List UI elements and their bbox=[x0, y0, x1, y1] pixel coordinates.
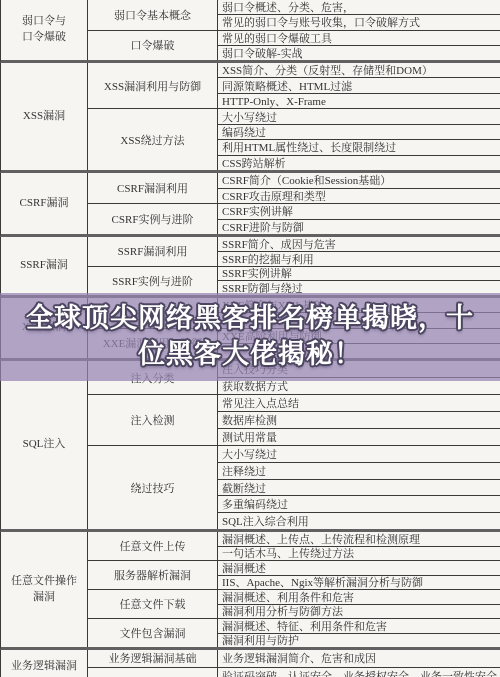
detail-row: CSRF进阶与防御 bbox=[218, 220, 500, 235]
category-group: 任意文件操作漏洞任意文件上传漏洞概述、上传点、上传流程和检测原理一句话木马、上传… bbox=[0, 532, 500, 650]
topic-row-group: XSS绕过方法大小写绕过编码绕过利用HTML属性绕过、长度限制绕过CSS跨站解析 bbox=[88, 109, 500, 170]
category-group: SSRF漏洞SSRF漏洞利用SSRF简介、成因与危害SSRF的挖掘与利用SSRF… bbox=[0, 237, 500, 298]
topic-section: 弱口令基本概念弱口令概述、分类、危害，常见的弱口令与账号收集，口令破解方式口令爆… bbox=[88, 0, 500, 60]
detail-rows: 验证码突破、认证安全、业务授权安全、业务一致性安全 bbox=[218, 668, 500, 677]
category-group: XSS漏洞XSS漏洞利用与防御XSS简介、分类（反射型、存储型和DOM）同源策略… bbox=[0, 63, 500, 173]
topic-row-group: 绕过技巧大小写绕过注释绕过截断绕过多重编码绕过SQL注入综合利用 bbox=[88, 446, 500, 529]
detail-rows: 大小写绕过注释绕过截断绕过多重编码绕过SQL注入综合利用 bbox=[218, 446, 500, 529]
detail-rows: 漏洞概述IIS、Apache、Ngix等解析漏洞分析与防御 bbox=[218, 561, 500, 589]
detail-row: CSRF攻击原理和类型 bbox=[218, 189, 500, 204]
topic-label: 任意文件下载 bbox=[88, 590, 218, 618]
detail-rows: 常见注入点总结数据库检测测试用常量 bbox=[218, 395, 500, 445]
category-label-line: SSRF漏洞 bbox=[20, 258, 68, 274]
detail-rows: 大小写绕过编码绕过利用HTML属性绕过、长度限制绕过CSS跨站解析 bbox=[218, 109, 500, 170]
detail-row: 常见的弱口令爆破工具 bbox=[218, 31, 500, 46]
detail-row: 大小写绕过 bbox=[218, 109, 500, 124]
detail-rows: 常见的弱口令爆破工具弱口令破解-实战 bbox=[218, 31, 500, 61]
detail-row: 截断绕过 bbox=[218, 480, 500, 497]
category-label: CSRF漏洞 bbox=[1, 173, 88, 234]
detail-row: 常见的弱口令与账号收集，口令破解方式 bbox=[218, 15, 500, 29]
category-label-line: 业务逻辑漏洞 bbox=[11, 659, 77, 675]
category-label-line: 任意文件操作 bbox=[11, 574, 77, 590]
detail-row: IIS、Apache、Ngix等解析漏洞分析与防御 bbox=[218, 576, 500, 590]
detail-row: 弱口令概述、分类、危害， bbox=[218, 0, 500, 15]
detail-row: CSS跨站解析 bbox=[218, 156, 500, 170]
detail-row: 漏洞概述、利用条件和危害 bbox=[218, 590, 500, 605]
detail-row: 多重编码绕过 bbox=[218, 496, 500, 513]
category-label-line: 弱口令与 bbox=[22, 14, 66, 30]
detail-rows: 漏洞概述、上传点、上传流程和检测原理一句话木马、上传绕过方法 bbox=[218, 532, 500, 560]
detail-row: 常见注入点总结 bbox=[218, 395, 500, 412]
detail-rows: CSRF简介（Cookie和Session基础）CSRF攻击原理和类型 bbox=[218, 173, 500, 203]
category-label: 弱口令与口令爆破 bbox=[1, 0, 88, 60]
topic-label: CSRF漏洞利用 bbox=[88, 173, 218, 203]
topic-section: SSRF漏洞利用SSRF简介、成因与危害SSRF的挖掘与利用SSRF实例与进阶S… bbox=[88, 237, 500, 295]
category-label: 业务逻辑漏洞 bbox=[1, 650, 88, 677]
topic-row-group: 口令爆破常见的弱口令爆破工具弱口令破解-实战 bbox=[88, 31, 500, 61]
topic-label: XSS漏洞利用与防御 bbox=[88, 63, 218, 108]
topic-label: 注入检测 bbox=[88, 395, 218, 445]
category-label: XSS漏洞 bbox=[1, 63, 88, 170]
detail-row: 数据库检测 bbox=[218, 412, 500, 429]
topic-row-group: CSRF实例与进阶CSRF实例讲解CSRF进阶与防御 bbox=[88, 204, 500, 234]
detail-rows: SSRF简介、成因与危害SSRF的挖掘与利用 bbox=[218, 237, 500, 266]
detail-row: 编码绕过 bbox=[218, 125, 500, 140]
topic-row-group: 任意文件上传漏洞概述、上传点、上传流程和检测原理一句话木马、上传绕过方法 bbox=[88, 532, 500, 561]
detail-row: SQL注入综合利用 bbox=[218, 513, 500, 529]
course-outline-page: 弱口令与口令爆破弱口令基本概念弱口令概述、分类、危害，常见的弱口令与账号收集，口… bbox=[0, 0, 500, 677]
detail-row: CSRF实例讲解 bbox=[218, 204, 500, 220]
category-group: SQL注入注入分类注入技巧分类获取数据方式注入检测常见注入点总结数据库检测测试用… bbox=[0, 361, 500, 532]
topic-section: 任意文件上传漏洞概述、上传点、上传流程和检测原理一句话木马、上传绕过方法服务器解… bbox=[88, 532, 500, 647]
topic-label: 服务器解析漏洞 bbox=[88, 561, 218, 589]
detail-row: 业务逻辑漏洞简介、危害和成因 bbox=[218, 650, 500, 667]
detail-rows: 业务逻辑漏洞简介、危害和成因 bbox=[218, 650, 500, 667]
headline-banner: 全球顶尖网络黑客排名榜单揭晓，十 位黑客大佬揭秘！ bbox=[0, 293, 500, 381]
category-label: SQL注入 bbox=[1, 361, 88, 529]
category-label-line: SQL注入 bbox=[23, 437, 66, 453]
detail-rows: 弱口令概述、分类、危害，常见的弱口令与账号收集，口令破解方式 bbox=[218, 0, 500, 30]
topic-section: XSS漏洞利用与防御XSS简介、分类（反射型、存储型和DOM）同源策略概述、HT… bbox=[88, 63, 500, 170]
detail-row: 测试用常量 bbox=[218, 429, 500, 445]
detail-rows: SSRF实例讲解SSRF防御与绕过 bbox=[218, 267, 500, 296]
topic-section: CSRF漏洞利用CSRF简介（Cookie和Session基础）CSRF攻击原理… bbox=[88, 173, 500, 234]
category-label-line: CSRF漏洞 bbox=[20, 196, 69, 212]
detail-row: 漏洞概述 bbox=[218, 561, 500, 576]
detail-rows: 漏洞概述、利用条件和危害漏洞利用分析与防御方法 bbox=[218, 590, 500, 618]
detail-row: SSRF实例讲解 bbox=[218, 267, 500, 282]
detail-rows: XSS简介、分类（反射型、存储型和DOM）同源策略概述、HTML过滤HTTP-O… bbox=[218, 63, 500, 108]
topic-label: 弱口令基本概念 bbox=[88, 0, 218, 30]
detail-row: 一句话木马、上传绕过方法 bbox=[218, 547, 500, 561]
topic-section: 业务逻辑漏洞基础业务逻辑漏洞简介、危害和成因验证码突破、认证安全、业务授权安全、… bbox=[88, 650, 500, 677]
topic-row-group: 任意文件下载漏洞概述、利用条件和危害漏洞利用分析与防御方法 bbox=[88, 590, 500, 619]
detail-row: 漏洞利用分析与防御方法 bbox=[218, 605, 500, 619]
detail-row: 同源策略概述、HTML过滤 bbox=[218, 78, 500, 93]
detail-row: HTTP-Only、X-Frame bbox=[218, 94, 500, 108]
topic-row-group: 验证码突破、认证安全、业务授权安全、业务一致性安全 bbox=[88, 668, 500, 677]
topic-label: 口令爆破 bbox=[88, 31, 218, 61]
topic-section: 注入分类注入技巧分类获取数据方式注入检测常见注入点总结数据库检测测试用常量绕过技… bbox=[88, 361, 500, 529]
detail-row: 漏洞利用与防护 bbox=[218, 634, 500, 648]
topic-row-group: SSRF漏洞利用SSRF简介、成因与危害SSRF的挖掘与利用 bbox=[88, 237, 500, 267]
detail-row: SSRF的挖掘与利用 bbox=[218, 252, 500, 266]
detail-row: 验证码突破、认证安全、业务授权安全、业务一致性安全 bbox=[218, 668, 500, 677]
topic-row-group: 服务器解析漏洞漏洞概述IIS、Apache、Ngix等解析漏洞分析与防御 bbox=[88, 561, 500, 590]
topic-label: CSRF实例与进阶 bbox=[88, 204, 218, 234]
category-label: SSRF漏洞 bbox=[1, 237, 88, 295]
category-group: 弱口令与口令爆破弱口令基本概念弱口令概述、分类、危害，常见的弱口令与账号收集，口… bbox=[0, 0, 500, 63]
topic-label: SSRF漏洞利用 bbox=[88, 237, 218, 266]
detail-row: 漏洞概述、上传点、上传流程和检测原理 bbox=[218, 532, 500, 547]
detail-row: 漏洞概述、特征、利用条件和危害 bbox=[218, 619, 500, 634]
detail-rows: 漏洞概述、特征、利用条件和危害漏洞利用与防护 bbox=[218, 619, 500, 647]
topic-label: SSRF实例与进阶 bbox=[88, 267, 218, 296]
topic-row-group: 注入检测常见注入点总结数据库检测测试用常量 bbox=[88, 395, 500, 446]
headline-line-2: 位黑客大佬揭秘！ bbox=[138, 337, 362, 373]
detail-row: 大小写绕过 bbox=[218, 446, 500, 463]
category-label: 任意文件操作漏洞 bbox=[1, 532, 88, 647]
category-label-line: 口令爆破 bbox=[22, 30, 66, 46]
category-group: 业务逻辑漏洞业务逻辑漏洞基础业务逻辑漏洞简介、危害和成因验证码突破、认证安全、业… bbox=[0, 650, 500, 677]
category-label-line: XSS漏洞 bbox=[23, 109, 65, 125]
topic-row-group: CSRF漏洞利用CSRF简介（Cookie和Session基础）CSRF攻击原理… bbox=[88, 173, 500, 204]
topic-label: 任意文件上传 bbox=[88, 532, 218, 560]
topic-label: XSS绕过方法 bbox=[88, 109, 218, 170]
category-group: CSRF漏洞CSRF漏洞利用CSRF简介（Cookie和Session基础）CS… bbox=[0, 173, 500, 237]
topic-row-group: 弱口令基本概念弱口令概述、分类、危害，常见的弱口令与账号收集，口令破解方式 bbox=[88, 0, 500, 31]
topic-row-group: 文件包含漏洞漏洞概述、特征、利用条件和危害漏洞利用与防护 bbox=[88, 619, 500, 647]
topic-label: 绕过技巧 bbox=[88, 446, 218, 529]
detail-row: XSS简介、分类（反射型、存储型和DOM） bbox=[218, 63, 500, 78]
topic-row-group: SSRF实例与进阶SSRF实例讲解SSRF防御与绕过 bbox=[88, 267, 500, 296]
detail-row: 利用HTML属性绕过、长度限制绕过 bbox=[218, 140, 500, 155]
headline-line-1: 全球顶尖网络黑客排名榜单揭晓，十 bbox=[26, 301, 474, 337]
detail-row: 弱口令破解-实战 bbox=[218, 46, 500, 60]
category-label-line: 漏洞 bbox=[33, 590, 55, 606]
topic-label: 文件包含漏洞 bbox=[88, 619, 218, 647]
topic-row-group: XSS漏洞利用与防御XSS简介、分类（反射型、存储型和DOM）同源策略概述、HT… bbox=[88, 63, 500, 109]
detail-row: 注释绕过 bbox=[218, 463, 500, 480]
topic-label: 业务逻辑漏洞基础 bbox=[88, 650, 218, 667]
topic-row-group: 业务逻辑漏洞基础业务逻辑漏洞简介、危害和成因 bbox=[88, 650, 500, 668]
topic-label bbox=[88, 668, 218, 677]
detail-row: CSRF简介（Cookie和Session基础） bbox=[218, 173, 500, 189]
detail-row: SSRF简介、成因与危害 bbox=[218, 237, 500, 252]
detail-rows: CSRF实例讲解CSRF进阶与防御 bbox=[218, 204, 500, 234]
